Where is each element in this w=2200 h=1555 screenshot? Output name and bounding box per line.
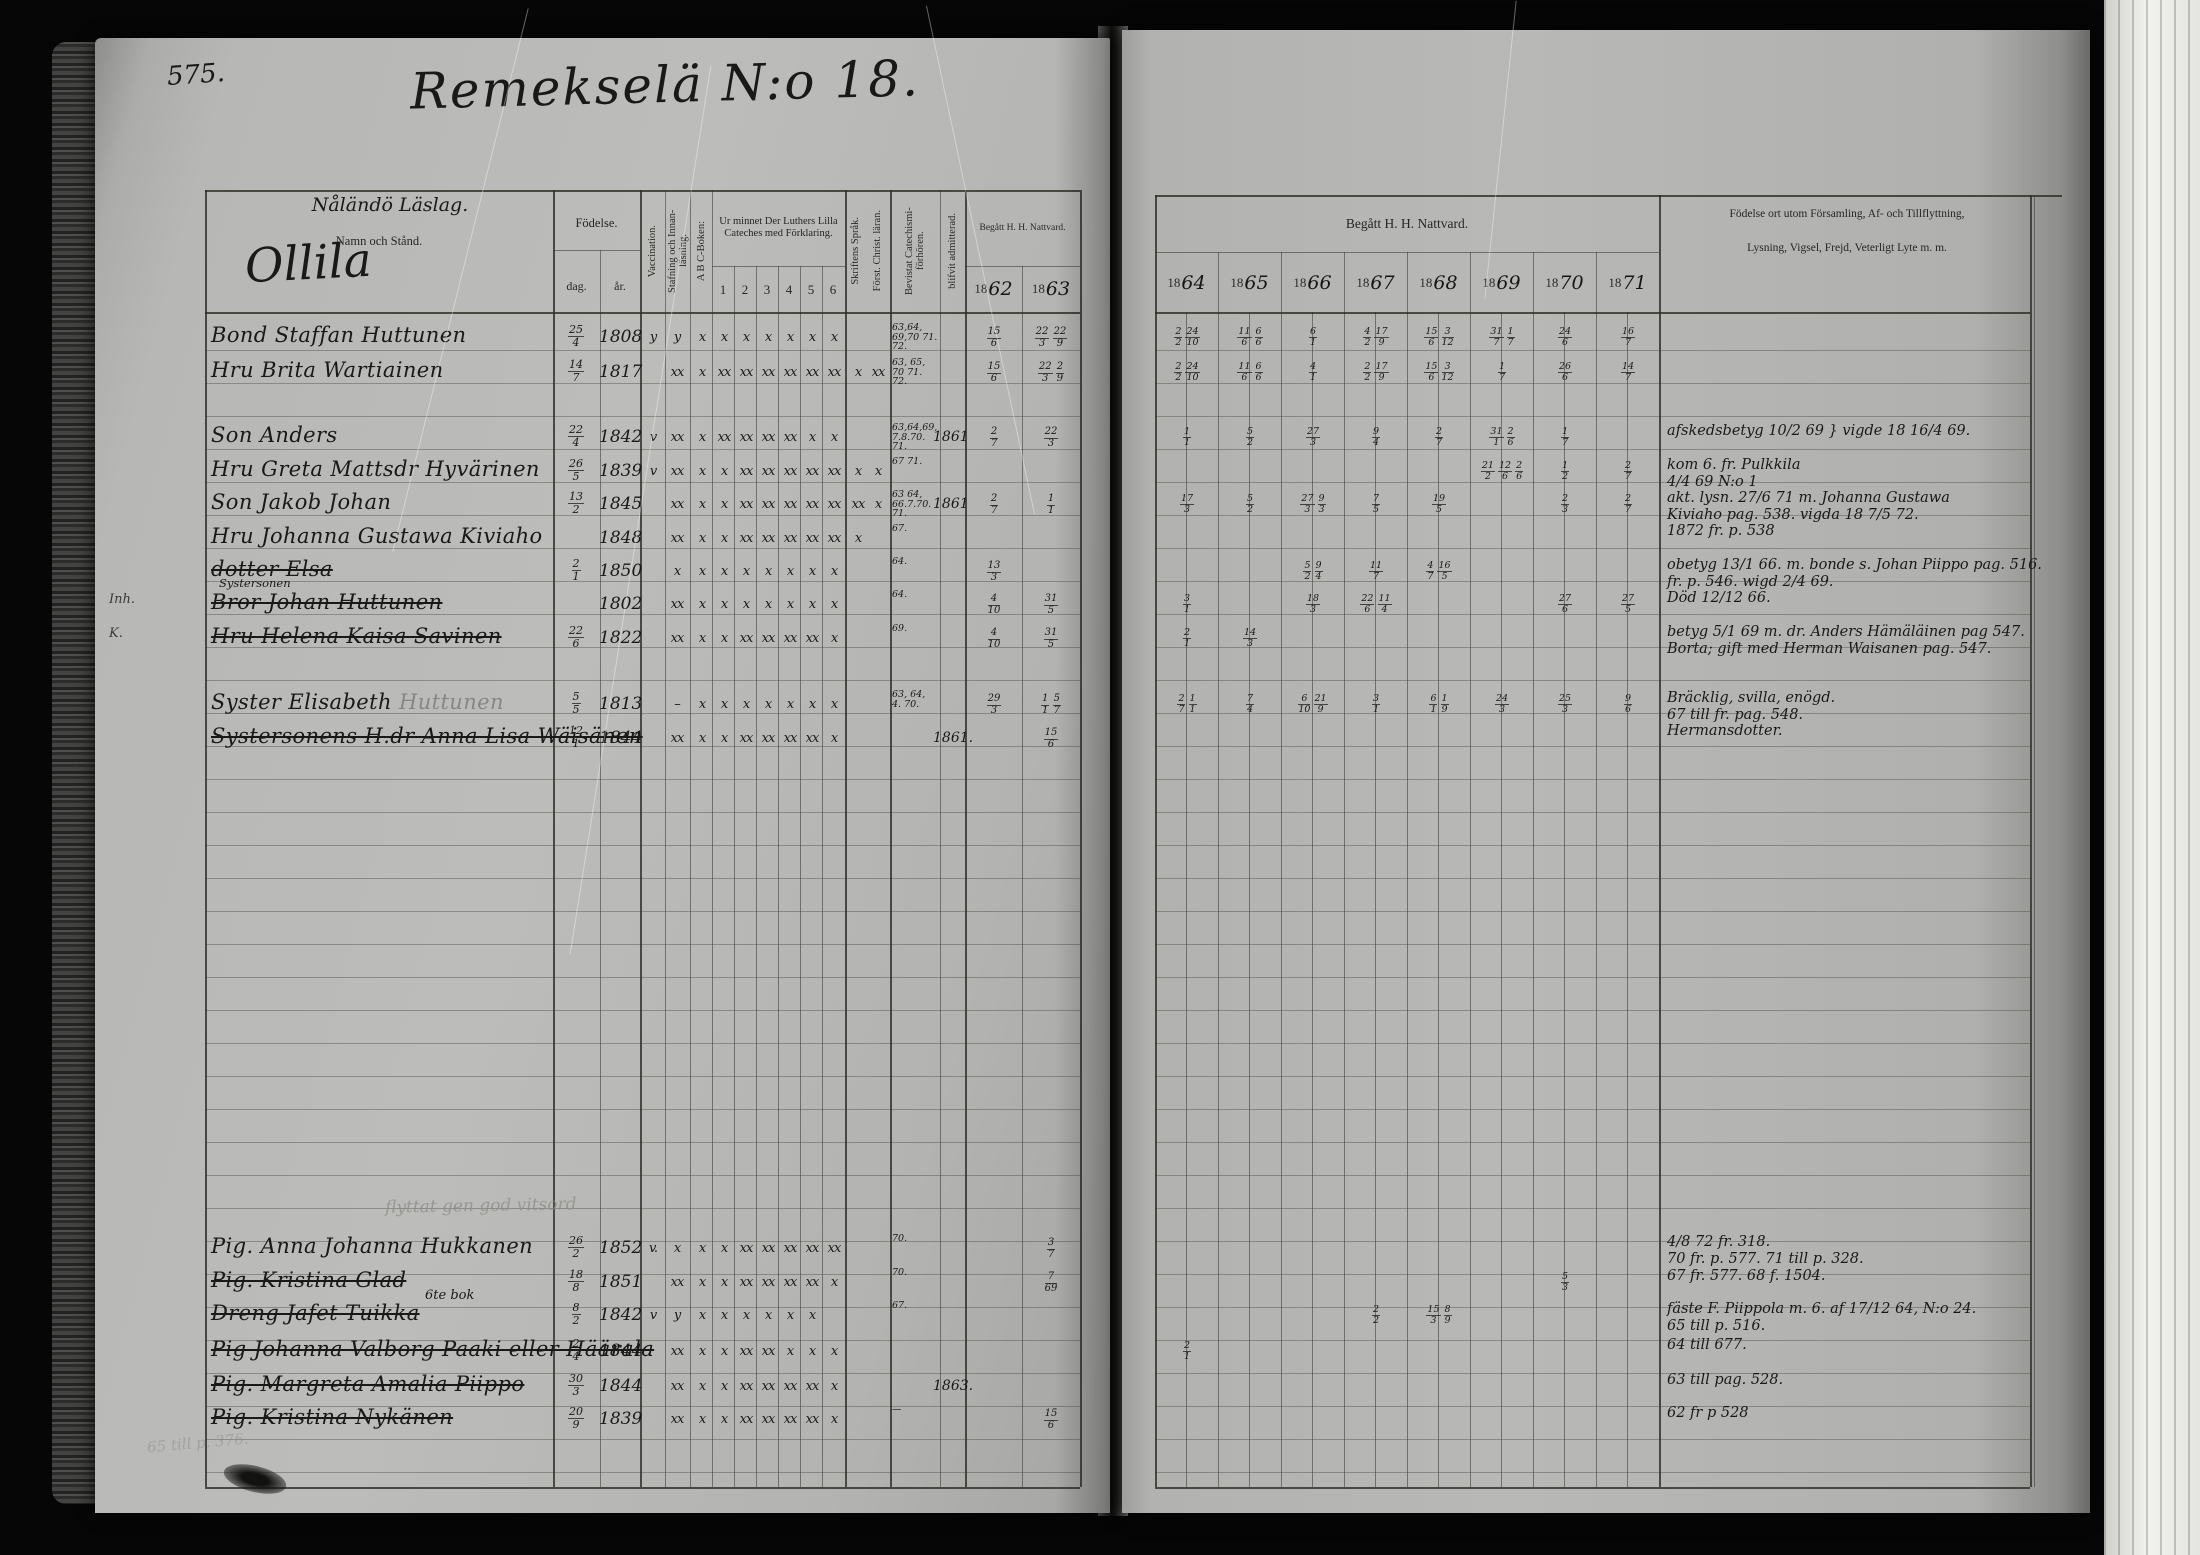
communion-1863: 37 [1024, 1238, 1078, 1260]
catechism-number-header: 1 [712, 270, 734, 310]
farm-name: Ollila [244, 233, 373, 295]
page-number: 575. [166, 58, 226, 92]
reading-mark: xx [823, 531, 845, 546]
reading-mark: x [713, 1379, 735, 1394]
attended-years: 63 64, 66.7.70. 71. [892, 490, 939, 519]
communion-cell: 246 [1535, 327, 1595, 348]
admitted-year: 1863. [933, 1378, 973, 1394]
birth-column-header: Födelse. [553, 198, 640, 248]
table-row: Hru Greta Mattsdr Hyvärinen2651839vxxxxx… [95, 457, 1110, 491]
communion-cell: 266 [1535, 362, 1595, 383]
reading-mark: x [691, 497, 713, 512]
communion-cell: 243 [1472, 694, 1532, 715]
margin-note: 63 till pag. 528. [1667, 1372, 2057, 1389]
reading-mark: x [691, 731, 713, 746]
grid-hline [553, 250, 640, 251]
reading-mark: x [713, 330, 735, 345]
communion-year-header: 1869 [1471, 258, 1532, 308]
reading-mark: xx [801, 365, 823, 380]
margin-note: 67 fr. 577. 68 f. 1504. [1667, 1268, 2057, 1285]
birth-year: 1808 [599, 327, 641, 347]
grid-vline [1080, 190, 1082, 1487]
communion-cell: 273 93 [1283, 494, 1343, 515]
communion-1862: 133 [967, 561, 1021, 583]
reading-mark: x [691, 1379, 713, 1394]
person-name: Hru Helena Kaisa Savinen [211, 624, 502, 648]
birth-day: 55 [554, 691, 598, 715]
reading-mark: x [801, 1344, 823, 1359]
margin-note: afskedsbetyg 10/2 69 } vigde 18 16/4 69. [1667, 423, 2057, 440]
communion-cell: 17 [1472, 362, 1532, 383]
grid-hline [205, 1487, 1080, 1489]
person-name: Hru Johanna Gustawa Kiviaho [211, 524, 543, 548]
reading-mark: xx [823, 1241, 845, 1256]
communion-1862: 27 [967, 427, 1021, 449]
reading-mark: xx [757, 631, 779, 646]
communion-1863: 315 [1024, 594, 1078, 616]
book-fore-edge [52, 42, 100, 1504]
table-row: 22153 89fäste F. Piippola m. 6. af 17/12… [1122, 1301, 2090, 1335]
reading-mark: xx [666, 365, 688, 380]
attended-examinations-header: Bevistat Catechismi-förhören. [890, 194, 940, 308]
reading-mark: x [801, 597, 823, 612]
table-row: Son Anders2241842vxxxxxxxxxxxxx63,64,69,… [95, 423, 1110, 457]
reading-mark: x [867, 464, 889, 479]
communion-year-header: 1871 [1597, 258, 1658, 308]
birth-day: 303 [554, 1373, 598, 1397]
birth-day: 82 [554, 1302, 598, 1326]
reading-mark: xx [779, 531, 801, 546]
reading-mark: – [666, 697, 688, 712]
communion-cell: 253 [1535, 694, 1595, 715]
reading-mark: xx [801, 631, 823, 646]
reading-mark: x [691, 1275, 713, 1290]
table-row: Hru Helena Kaisa Savinen2261822xxxxxxxxx… [95, 624, 1110, 658]
communion-year-header: 1862 [965, 268, 1022, 310]
communion-cell: 27 11 [1157, 694, 1217, 715]
margin-note: kom 6. fr. Pulkkila4/4 69 N:o 1 [1667, 457, 2057, 490]
communion-cell: 61 19 [1409, 694, 1469, 715]
communion-cell: 47 165 [1409, 561, 1469, 582]
christian-doctrine-header: Först. Christ. läran. [865, 194, 890, 308]
birth-year: 1852 [599, 1238, 641, 1258]
table-row: 5367 fr. 577. 68 f. 1504. [1122, 1268, 2090, 1302]
reading-mark: x [713, 1308, 735, 1323]
table-row [1122, 524, 2090, 558]
birth-day: 254 [554, 324, 598, 348]
reading-mark: x [823, 631, 845, 646]
reading-mark: x [847, 464, 869, 479]
reading-mark: xx [666, 731, 688, 746]
communion-year-header: 1870 [1534, 258, 1595, 308]
attended-years: 63,64,69, 7.8.70. 71. [892, 423, 939, 452]
reading-mark: xx [735, 497, 757, 512]
communion-cell: 41 [1283, 362, 1343, 383]
scanned-parish-register-photo: 575. Remekselä N:o 18. Nåländö Läslag. N… [0, 0, 2200, 1555]
reading-mark: xx [735, 1241, 757, 1256]
scripture-header: Skriftens Språk. [845, 194, 865, 308]
relation-note: Systersonen [219, 576, 291, 590]
birth-day: 209 [554, 1406, 598, 1430]
communion-cell: 23 [1535, 494, 1595, 515]
scan-white-edge [2104, 0, 2200, 1555]
birth-day: 24 [554, 1338, 598, 1362]
reading-mark: xx [757, 1412, 779, 1427]
communion-1862: 410 [967, 628, 1021, 650]
reading-mark: x [757, 564, 779, 579]
table-row: 4/8 72 fr. 318.70 fr. p. 577. 71 till p.… [1122, 1234, 2090, 1268]
communion-year-header: 1863 [1022, 268, 1080, 310]
reading-mark: x [713, 1275, 735, 1290]
reading-mark: x [691, 365, 713, 380]
communion-cell: 153 89 [1409, 1305, 1469, 1326]
communion-cell: 31 [1157, 594, 1217, 615]
communion-1863: 11 57 [1024, 694, 1078, 716]
page-title: Remekselä N:o 18. [324, 47, 1005, 123]
reading-mark: xx [666, 464, 688, 479]
attended-years: 63, 65, 70 71. 72. [892, 358, 939, 387]
reading-mark: x [735, 1308, 757, 1323]
reading-mark: xx [757, 1241, 779, 1256]
table-row: 22 2410116 664122 179156 31217266147 [1122, 358, 2090, 392]
reading-mark: xx [666, 631, 688, 646]
reading-mark: v [642, 1308, 664, 1323]
margin-note: fäste F. Piippola m. 6. af 17/12 64, N:o… [1667, 1301, 2057, 1334]
reading-mark: xx [757, 1379, 779, 1394]
communion-cell: 22 [1346, 1305, 1406, 1326]
table-row: Hru Johanna Gustawa Kiviaho1848xxxxxxxxx… [95, 524, 1110, 558]
reading-mark: xx [757, 365, 779, 380]
reading-mark: x [823, 430, 845, 445]
notes-header-line2: Lysning, Vigsel, Frejd, Veterligt Lyte m… [1667, 242, 2027, 254]
reading-mark: xx [666, 1412, 688, 1427]
catechism-number-header: 6 [822, 270, 844, 310]
communion-cell: 156 312 [1409, 362, 1469, 383]
communion-cell: 147 [1598, 362, 1658, 383]
reading-mark: y [666, 1308, 688, 1323]
reading-mark: x [691, 564, 713, 579]
communion-1862: 410 [967, 594, 1021, 616]
reading-mark: xx [757, 464, 779, 479]
reading-mark: xx [801, 1241, 823, 1256]
communion-cell: 22 2410 [1157, 362, 1217, 383]
table-row: 11522739427311 2617afskedsbetyg 10/2 69 … [1122, 423, 2090, 457]
communion-cell: 12 [1535, 461, 1595, 482]
communion-1863: 156 [1024, 1409, 1078, 1431]
admitted-year: 1861 [933, 496, 969, 512]
reading-mark: xx [735, 1344, 757, 1359]
communion-cell: 276 [1535, 594, 1595, 615]
reading-mark: x [823, 1344, 845, 1359]
birth-year: 1842 [599, 1305, 641, 1325]
birth-day: 147 [554, 359, 598, 383]
grid-hline [712, 266, 845, 267]
birth-year: 1839 [599, 1409, 641, 1429]
margin-note: 64 till 677. [1667, 1337, 2057, 1354]
communion-1863: 223 229 [1024, 327, 1078, 349]
table-row: 22 2410116 666142 179156 312317 17246167 [1122, 323, 2090, 357]
communion-1863: 769 [1024, 1272, 1078, 1294]
reading-mark: x [735, 597, 757, 612]
person-name: Hru Greta Mattsdr Hyvärinen [211, 457, 540, 481]
reading-mark: xx [735, 1379, 757, 1394]
communion-cell: 195 [1409, 494, 1469, 515]
reading-mark: xx [801, 731, 823, 746]
admitted-year: 1861 [933, 429, 969, 445]
birth-year: 1844 [599, 1341, 641, 1361]
reading-mark: x [735, 564, 757, 579]
grid-hline [1155, 312, 2030, 314]
communion-cell: 22 2410 [1157, 327, 1217, 348]
communion-cell: 11 [1157, 427, 1217, 448]
reading-mark: x [713, 531, 735, 546]
communion-cell: 94 [1346, 427, 1406, 448]
reading-mark: xx [735, 531, 757, 546]
person-name: Dreng Jafet Tuikka [211, 1301, 420, 1325]
reading-mark: x [713, 631, 735, 646]
communion-column-header-right: Begått H. H. Nattvard. [1155, 202, 1659, 246]
communion-cell: 21 [1157, 628, 1217, 649]
reading-mark: xx [757, 731, 779, 746]
reading-mark: xx [823, 497, 845, 512]
communion-cell: 27 [1598, 461, 1658, 482]
reading-mark: x [823, 1412, 845, 1427]
margin-annotation: Inh. [109, 592, 135, 607]
reading-mark: x [666, 1241, 688, 1256]
reading-mark: x [713, 464, 735, 479]
reading-mark: xx [757, 531, 779, 546]
communion-cell: 75 [1346, 494, 1406, 515]
person-name: Pig. Kristina Nykänen [211, 1405, 453, 1429]
person-name: Pig. Anna Johanna Hukkanen [211, 1234, 533, 1258]
catechism-number-header: 2 [734, 270, 756, 310]
person-name: Son Jakob Johan [211, 490, 391, 514]
table-row: 31183226 114276275Död 12/12 66. [1122, 590, 2090, 624]
reading-mark: x [779, 597, 801, 612]
reading-group-label: Nåländö Läslag. [235, 194, 545, 216]
birth-year: 1842 [599, 427, 641, 447]
reading-mark: xx [666, 430, 688, 445]
table-row: Dreng Jafet Tuikka6te bok821842vyxxxxxx6… [95, 1301, 1110, 1335]
communion-cell: 42 179 [1346, 327, 1406, 348]
attended-years: 70. [892, 1234, 939, 1244]
reading-mark: xx [666, 1344, 688, 1359]
reading-mark: x [801, 330, 823, 345]
reading-mark: x [847, 365, 869, 380]
notes-header-line1: Födelse ort utom Församling, Af- och Til… [1667, 208, 2027, 220]
person-name: Bond Staffan Huttunen [211, 323, 466, 347]
communion-cell: 143 [1220, 628, 1280, 649]
reading-mark: xx [823, 464, 845, 479]
table-row: 52 9411747 165obetyg 13/1 66. m. bonde s… [1122, 557, 2090, 591]
reading-mark: xx [779, 497, 801, 512]
grid-hline [205, 190, 1080, 192]
communion-year-header: 1865 [1219, 258, 1280, 308]
reading-mark: x [691, 464, 713, 479]
reading-mark: xx [735, 731, 757, 746]
reading-mark: x [867, 497, 889, 512]
communion-year-header: 1868 [1408, 258, 1469, 308]
birth-day: 132 [554, 491, 598, 515]
reading-mark: xx [735, 631, 757, 646]
margin-annotation: K. [109, 626, 123, 641]
table-row: 21143betyg 5/1 69 m. dr. Anders Hämäläin… [1122, 624, 2090, 658]
birth-year: 1813 [599, 694, 641, 714]
birth-day: 262 [554, 1235, 598, 1259]
reading-mark: x [823, 1275, 845, 1290]
reading-mark: y [642, 330, 664, 345]
communion-1863: 223 29 [1024, 362, 1078, 384]
communion-cell: 53 [1535, 1272, 1595, 1293]
attended-years: 64. [892, 557, 939, 567]
vaccination-header: Vaccination. [640, 194, 665, 308]
communion-1863: 315 [1024, 628, 1078, 650]
reading-mark: x [801, 697, 823, 712]
communion-cell: 212 126 26 [1472, 461, 1532, 482]
pencil-note: flyttat gen god vitsord [385, 1194, 577, 1217]
attended-years: 67 71. [892, 457, 939, 467]
reading-mark: xx [757, 1344, 779, 1359]
catechism-number-header: 4 [778, 270, 800, 310]
attended-years: 64. [892, 590, 939, 600]
communion-year-header: 1867 [1345, 258, 1406, 308]
birth-year: 1845 [599, 494, 641, 514]
margin-note: obetyg 13/1 66. m. bonde s. Johan Piippo… [1667, 557, 2057, 590]
reading-mark: x [691, 330, 713, 345]
reading-mark: xx [666, 1275, 688, 1290]
communion-cell: 156 312 [1409, 327, 1469, 348]
reading-mark: x [757, 330, 779, 345]
reading-mark: xx [801, 497, 823, 512]
reading-mark: x [691, 1241, 713, 1256]
communion-year-header: 1866 [1282, 258, 1343, 308]
person-name: Syster Elisabeth Huttunen [211, 690, 504, 714]
reading-mark: xx [779, 631, 801, 646]
attended-years: 67. [892, 524, 939, 534]
reading-mark: xx [735, 430, 757, 445]
reading-mark: xx [801, 1379, 823, 1394]
reading-mark: xx [779, 464, 801, 479]
birth-year: 1817 [599, 362, 641, 382]
grid-hline [1155, 195, 2062, 197]
attended-years: 63, 64, 4. 70. [892, 690, 939, 709]
book-note: 6te bok [425, 1288, 474, 1303]
reading-mark: xx [779, 1379, 801, 1394]
reading-mark: x [779, 564, 801, 579]
reading-mark: xx [801, 1275, 823, 1290]
reading-mark: x [691, 531, 713, 546]
person-name: Son Anders [211, 423, 338, 447]
communion-cell: 52 94 [1283, 561, 1343, 582]
reading-mark: xx [847, 497, 869, 512]
birth-day: 21 [554, 558, 598, 582]
communion-cell: 173 [1157, 494, 1217, 515]
communion-cell: 183 [1283, 594, 1343, 615]
communion-cell: 17 [1535, 427, 1595, 448]
reading-mark: x [779, 330, 801, 345]
grid-hline [205, 312, 1080, 314]
catechism-number-header: 5 [800, 270, 822, 310]
birth-year: 1802 [599, 594, 641, 614]
attended-years: 67. [892, 1301, 939, 1311]
communion-cell: 116 66 [1220, 327, 1280, 348]
reading-mark: x [801, 430, 823, 445]
reading-mark: x [735, 697, 757, 712]
reading-mark: x [757, 697, 779, 712]
reading-mark: xx [666, 1379, 688, 1394]
left-page: 575. Remekselä N:o 18. Nåländö Läslag. N… [95, 38, 1110, 1513]
table-row: 212 126 261227kom 6. fr. Pulkkila4/4 69 … [1122, 457, 2090, 491]
margin-note: 62 fr p 528 [1667, 1405, 2057, 1422]
table-row: 62 fr p 528 [1122, 1405, 2090, 1439]
table-row: Pig. Margreta Amalia Piippo3031844xxxxxx… [95, 1372, 1110, 1406]
reading-mark: xx [867, 365, 889, 380]
communion-column-header-left: Begått H. H. Nattvard. [967, 198, 1078, 258]
reading-mark: x [823, 330, 845, 345]
table-row: 17352273 93751952327akt. lysn. 27/6 71 m… [1122, 490, 2090, 524]
attended-years: — [892, 1405, 939, 1415]
reading-mark: x [666, 564, 688, 579]
reading-mark: x [823, 597, 845, 612]
communion-cell: 275 [1598, 594, 1658, 615]
reading-mark: xx [801, 464, 823, 479]
communion-cell: 273 [1283, 427, 1343, 448]
reading-mark: xx [735, 464, 757, 479]
table-row: Bond Staffan Huttunen2541808yyxxxxxxx63,… [95, 323, 1110, 357]
communion-cell: 21 [1157, 1341, 1217, 1362]
reading-mark: x [713, 597, 735, 612]
reading-mark: xx [666, 597, 688, 612]
birth-year: 1839 [599, 461, 641, 481]
reading-mark: xx [779, 365, 801, 380]
table-row: Pig. Kristina Glad1881851xxxxxxxxxxxxx70… [95, 1268, 1110, 1302]
communion-year-header: 1864 [1156, 258, 1217, 308]
birth-day: 121 [554, 725, 598, 749]
birth-day: 188 [554, 1269, 598, 1293]
communion-cell: 61 [1283, 327, 1343, 348]
table-row: Hru Brita Wartiainen1471817xxxxxxxxxxxxx… [95, 358, 1110, 392]
reading-mark: x [713, 731, 735, 746]
grid-hline [1155, 1487, 2030, 1489]
reading-mark: xx [735, 365, 757, 380]
reading-mark: y [666, 330, 688, 345]
reading-mark: x [713, 564, 735, 579]
reading-mark: x [779, 1308, 801, 1323]
catechism-number-header: 3 [756, 270, 778, 310]
reading-mark: x [823, 731, 845, 746]
reading-mark: x [691, 1308, 713, 1323]
birth-day: 226 [554, 625, 598, 649]
grid-hline [1155, 252, 1659, 253]
communion-cell: 311 26 [1472, 427, 1532, 448]
attended-years: 63,64, 69,70 71. 72. [892, 323, 939, 352]
communion-1863: 156 [1024, 728, 1078, 750]
communion-cell: 52 [1220, 427, 1280, 448]
reading-mark: xx [713, 365, 735, 380]
communion-cell: 317 17 [1472, 327, 1532, 348]
person-name: Pig. Kristina Glad [211, 1268, 406, 1292]
communion-cell: 31 [1346, 694, 1406, 715]
birth-year: 1850 [599, 561, 641, 581]
birth-day: 224 [554, 424, 598, 448]
margin-note: betyg 5/1 69 m. dr. Anders Hämäläinen pa… [1667, 624, 2057, 657]
reading-mark: x [779, 697, 801, 712]
table-row [1122, 724, 2090, 758]
communion-cell: 27 [1409, 427, 1469, 448]
reading-mark: xx [666, 497, 688, 512]
reading-mark: x [735, 330, 757, 345]
table-row: SystersonenBror Johan Huttunen1802xxxxxx… [95, 590, 1110, 624]
